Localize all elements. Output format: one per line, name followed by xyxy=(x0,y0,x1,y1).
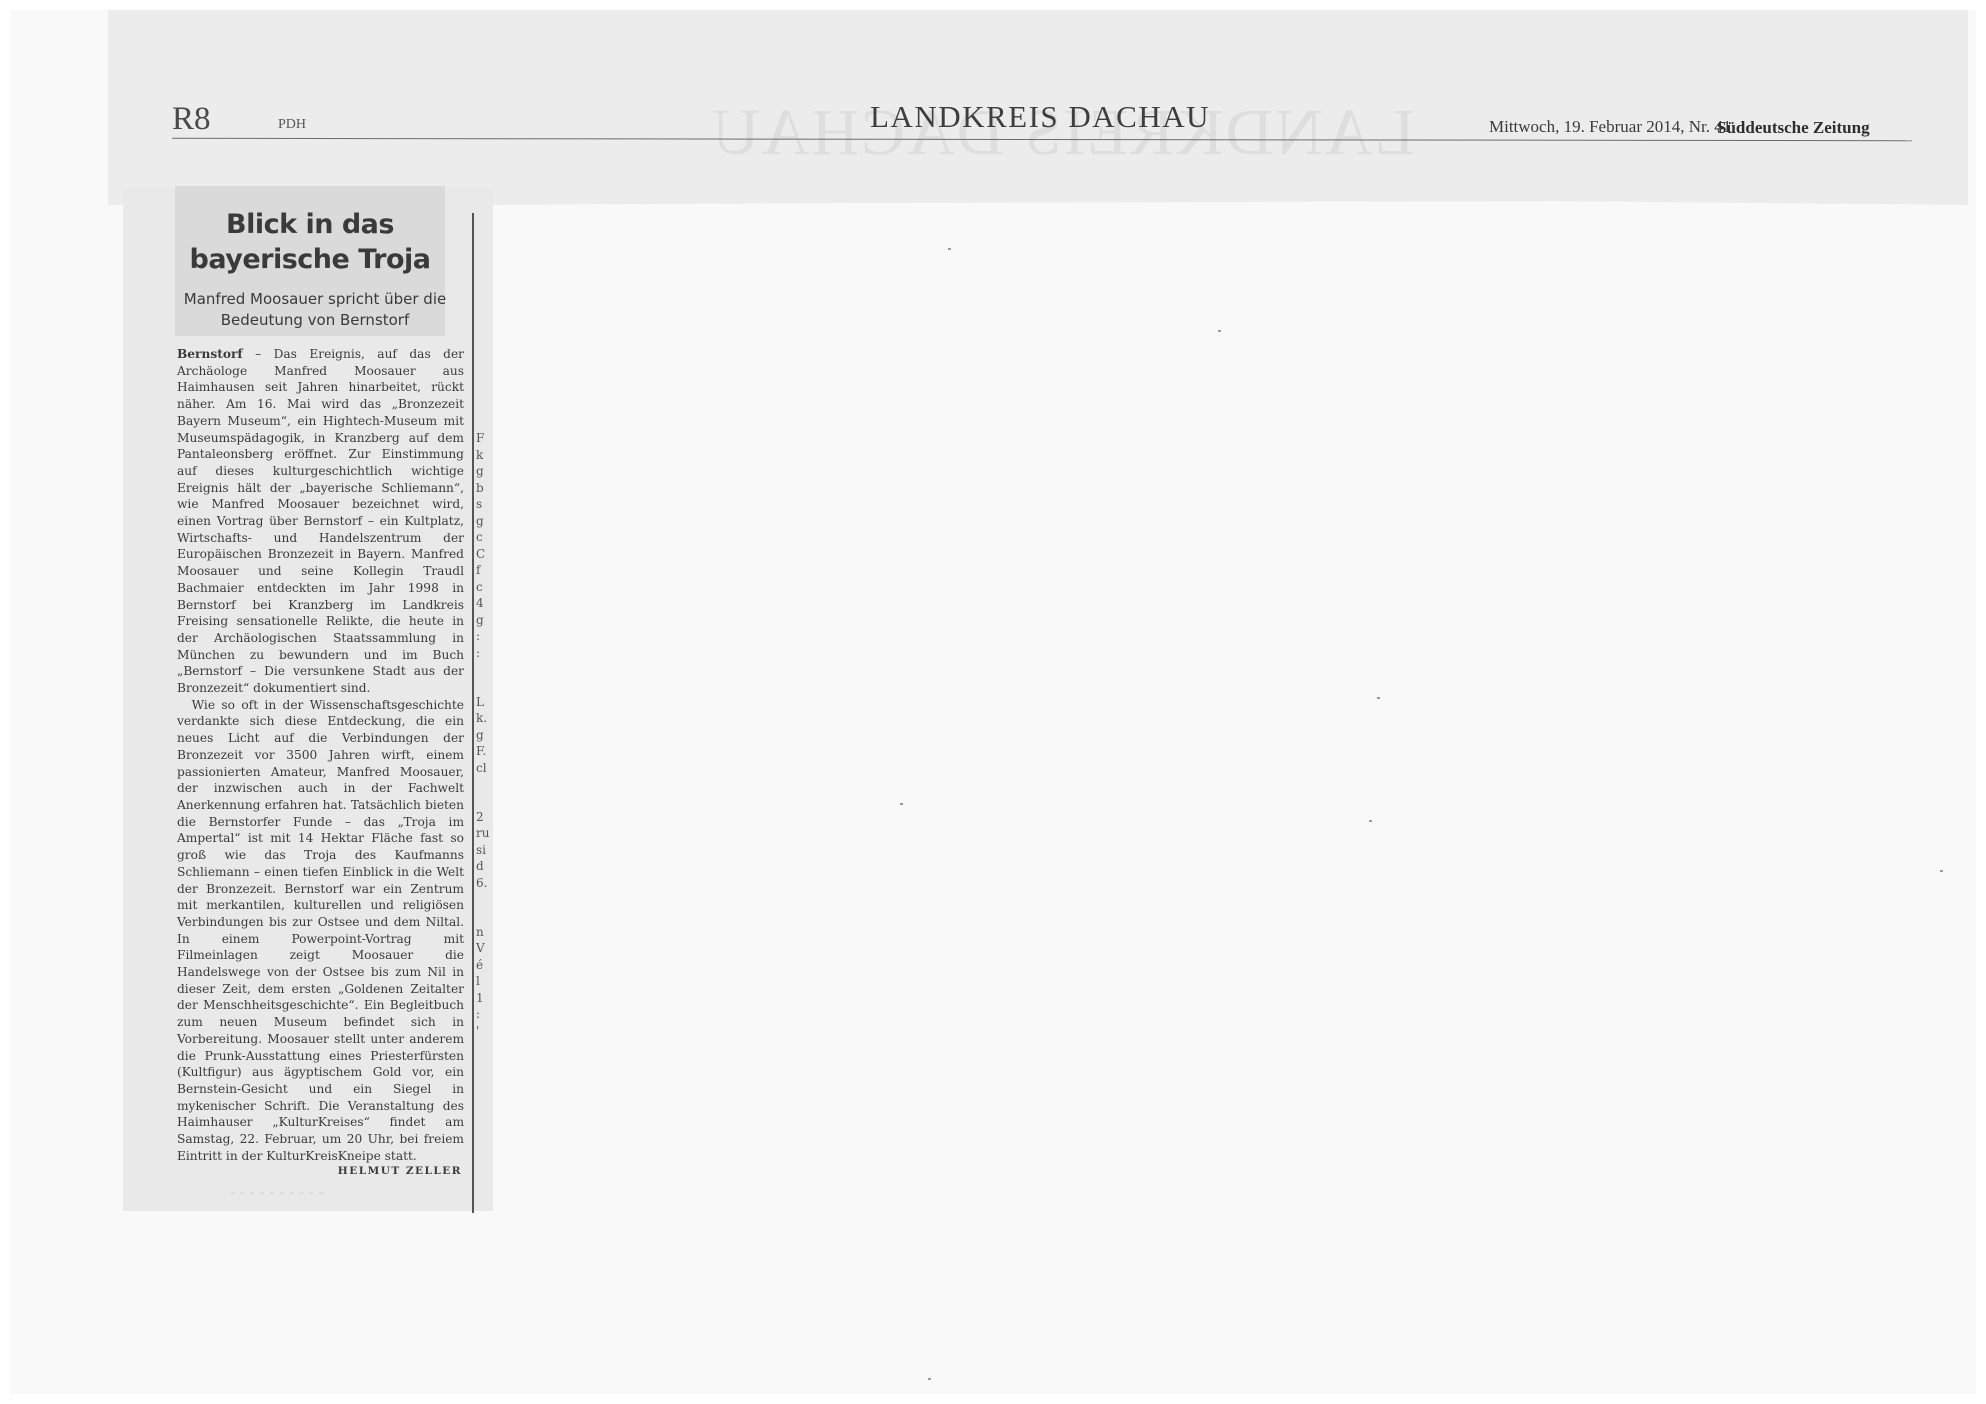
article-subheadline: Manfred Moosauer spricht über die Bedeut… xyxy=(160,289,470,331)
page-number: R8 xyxy=(172,101,211,138)
show-through-ghost-text: - - - - - - - - - - xyxy=(230,1183,470,1201)
article-body: Bernstorf – Das Ereignis, auf das der Ar… xyxy=(177,346,464,1164)
section-title: LANDKREIS DACHAU xyxy=(870,99,1210,135)
scan-speck xyxy=(1218,330,1221,332)
article-paragraph: Wie so oft in der Wissenschaftsgeschicht… xyxy=(177,697,464,1165)
article-headline: Blick in das bayerische Troja xyxy=(160,207,460,277)
edition-code: PDH xyxy=(278,117,306,133)
scan-speck xyxy=(1940,870,1943,872)
adjacent-column-fragments: F k g b s g c C f c 4 g : : L k. g F. cl… xyxy=(476,430,496,1039)
author-byline: HELMUT ZELLER xyxy=(330,1165,462,1177)
newspaper-logo: Süddeutsche Zeitung xyxy=(1717,118,1870,138)
scan-speck xyxy=(928,1378,931,1380)
scan-speck xyxy=(900,803,903,805)
paragraph-text: – Das Ereignis, auf das der Archäologe M… xyxy=(177,347,464,695)
dateline: Bernstorf xyxy=(177,347,243,361)
scan-speck xyxy=(948,248,951,250)
issue-date: Mittwoch, 19. Februar 2014, Nr. 41 xyxy=(1489,117,1731,137)
column-rule xyxy=(472,213,474,1213)
article-paragraph: Bernstorf – Das Ereignis, auf das der Ar… xyxy=(177,346,464,697)
scan-speck xyxy=(1377,697,1380,699)
scan-speck xyxy=(1369,820,1372,822)
